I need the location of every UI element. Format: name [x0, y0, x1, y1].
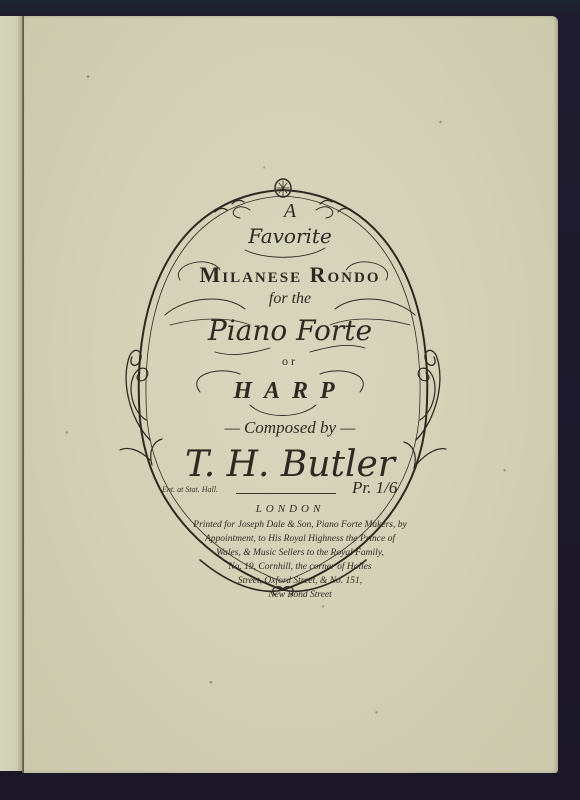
publisher-imprint: Printed for Joseph Dale & Son, Piano For… — [170, 518, 430, 602]
instrument-harp: HARP — [0, 378, 580, 405]
imprint-line: Printed for Joseph Dale & Son, Piano For… — [170, 518, 430, 532]
title-adjective: Favorite — [0, 224, 580, 248]
stationers-hall-entry: Ent. at Stat. Hall. — [162, 485, 218, 494]
instrument-piano-forte: Piano Forte — [0, 314, 580, 347]
composer-name: T. H. Butler — [0, 444, 580, 485]
composed-by-text: — Composed by — — [0, 418, 580, 438]
imprint-line: Street, Oxford Street, & No. 151, — [170, 574, 430, 588]
imprint-line: No. 19, Cornhill, the corner of Holles — [170, 560, 430, 574]
imprint-city: LONDON — [0, 503, 580, 515]
imprint-line: Wales, & Music Sellers to the Royal Fami… — [170, 546, 430, 560]
or-text: or — [0, 354, 580, 369]
imprint-line: Appointment, to His Royal Highness the P… — [170, 532, 430, 546]
imprint-line: New Bond Street — [170, 588, 430, 602]
for-the-text: for the — [0, 290, 580, 308]
price-text: Pr. 1/6 — [352, 478, 397, 498]
title-article: A — [0, 200, 580, 223]
divider-rule — [236, 493, 336, 494]
main-title: Milanese Rondo — [0, 262, 580, 288]
